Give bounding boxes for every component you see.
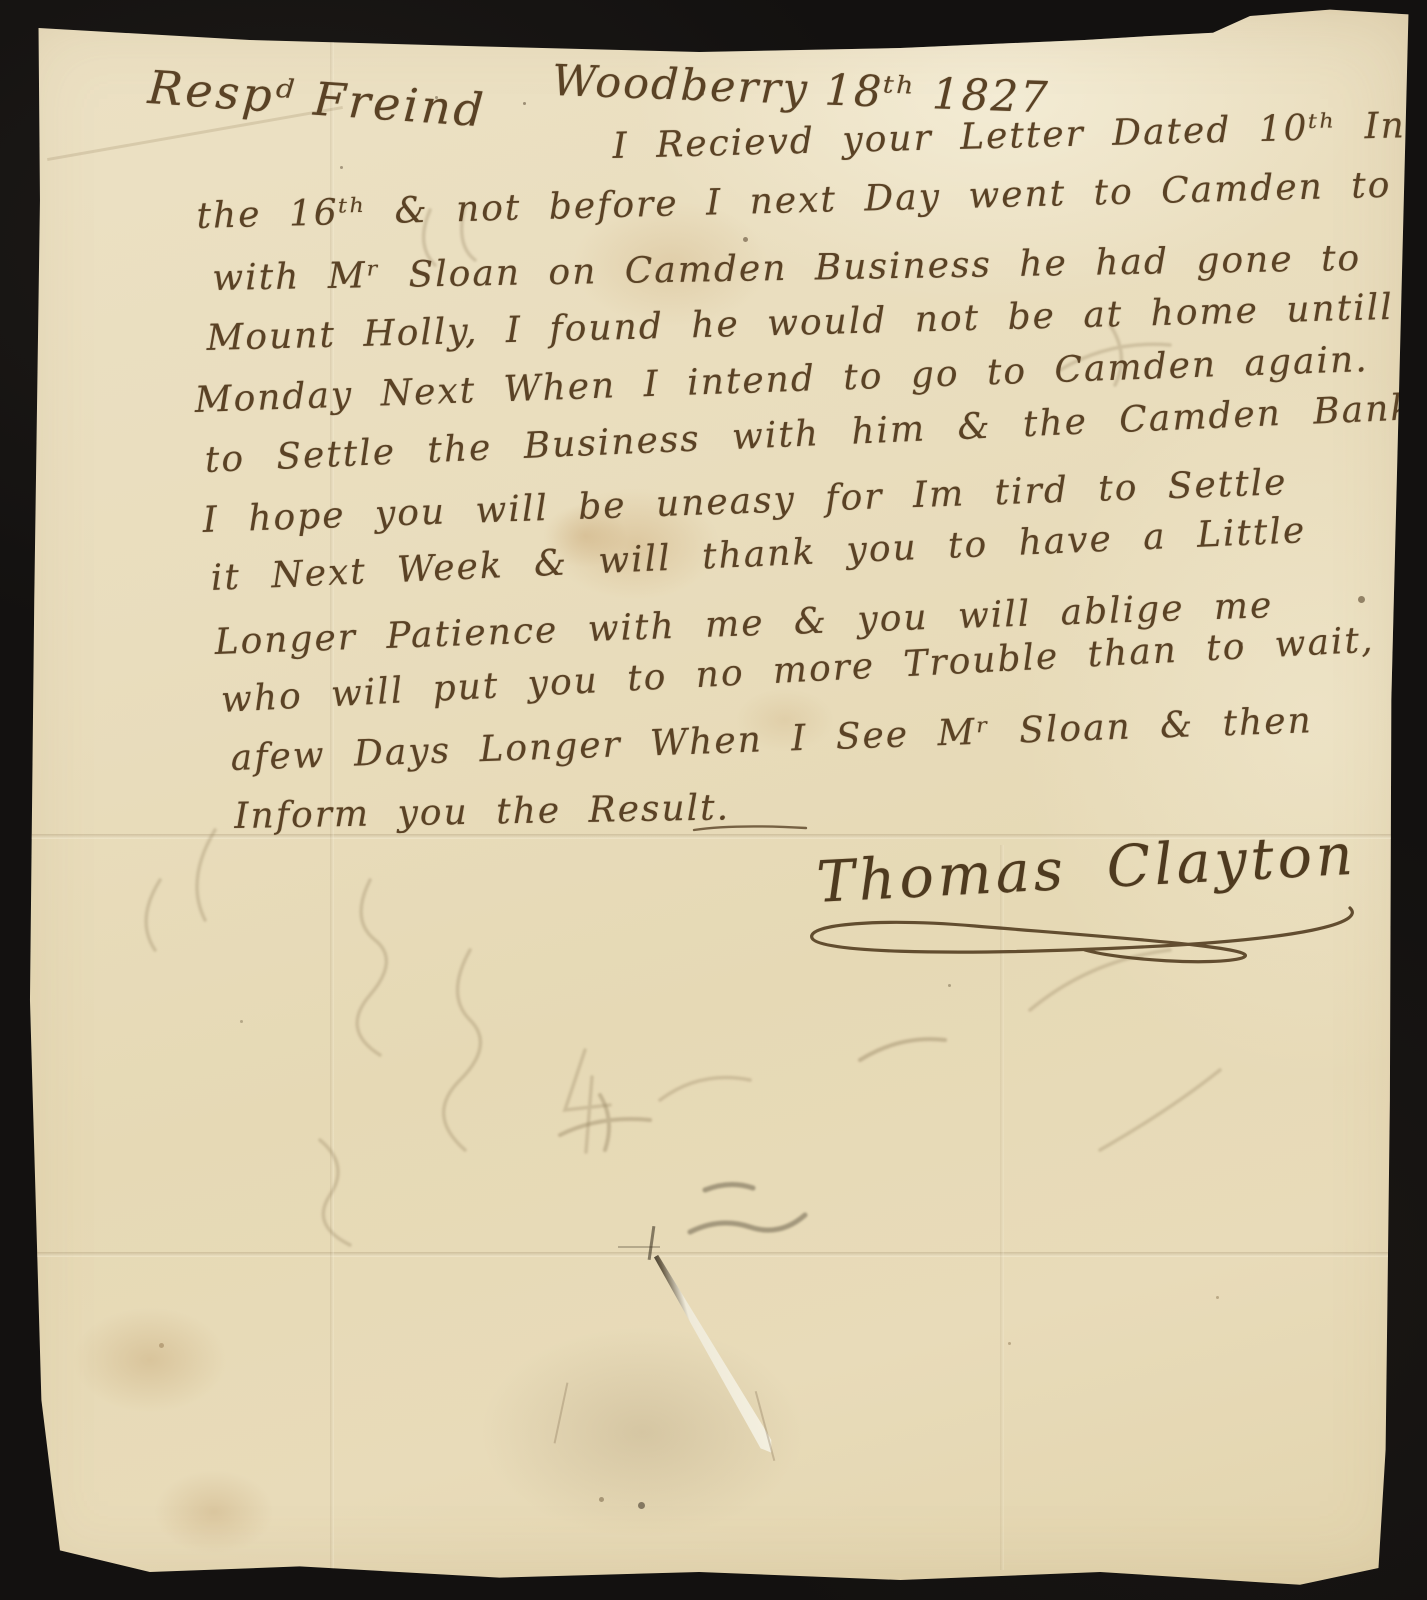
letter-line: afew Days Longer When I See Mʳ Sloan & t… — [230, 700, 1313, 779]
result-dash-flourish — [690, 822, 810, 838]
letter-line: with Mʳ Sloan on Camden Business he had … — [212, 238, 1362, 299]
letter-paper: Respᵈ Freind Woodberry 18ᵗʰ 1827 I Recie… — [0, 0, 1427, 1600]
scan-background: Respᵈ Freind Woodberry 18ᵗʰ 1827 I Recie… — [0, 0, 1427, 1600]
paper-tear — [649, 1252, 777, 1457]
fold-crease-horizontal — [28, 1252, 1391, 1257]
signature-flourish — [790, 898, 1370, 973]
letter-line: the 16ᵗʰ & not before I next Day went to… — [196, 161, 1427, 237]
letter-line: Inform you the Result. — [234, 787, 730, 837]
letter-dateline: Woodberry 18ᵗʰ 1827 — [551, 56, 1050, 123]
letter-salutation: Respᵈ Freind — [146, 60, 488, 138]
ink-specks — [0, 0, 3, 3]
paper-crack — [554, 1382, 569, 1443]
paper-crack — [618, 1246, 660, 1248]
